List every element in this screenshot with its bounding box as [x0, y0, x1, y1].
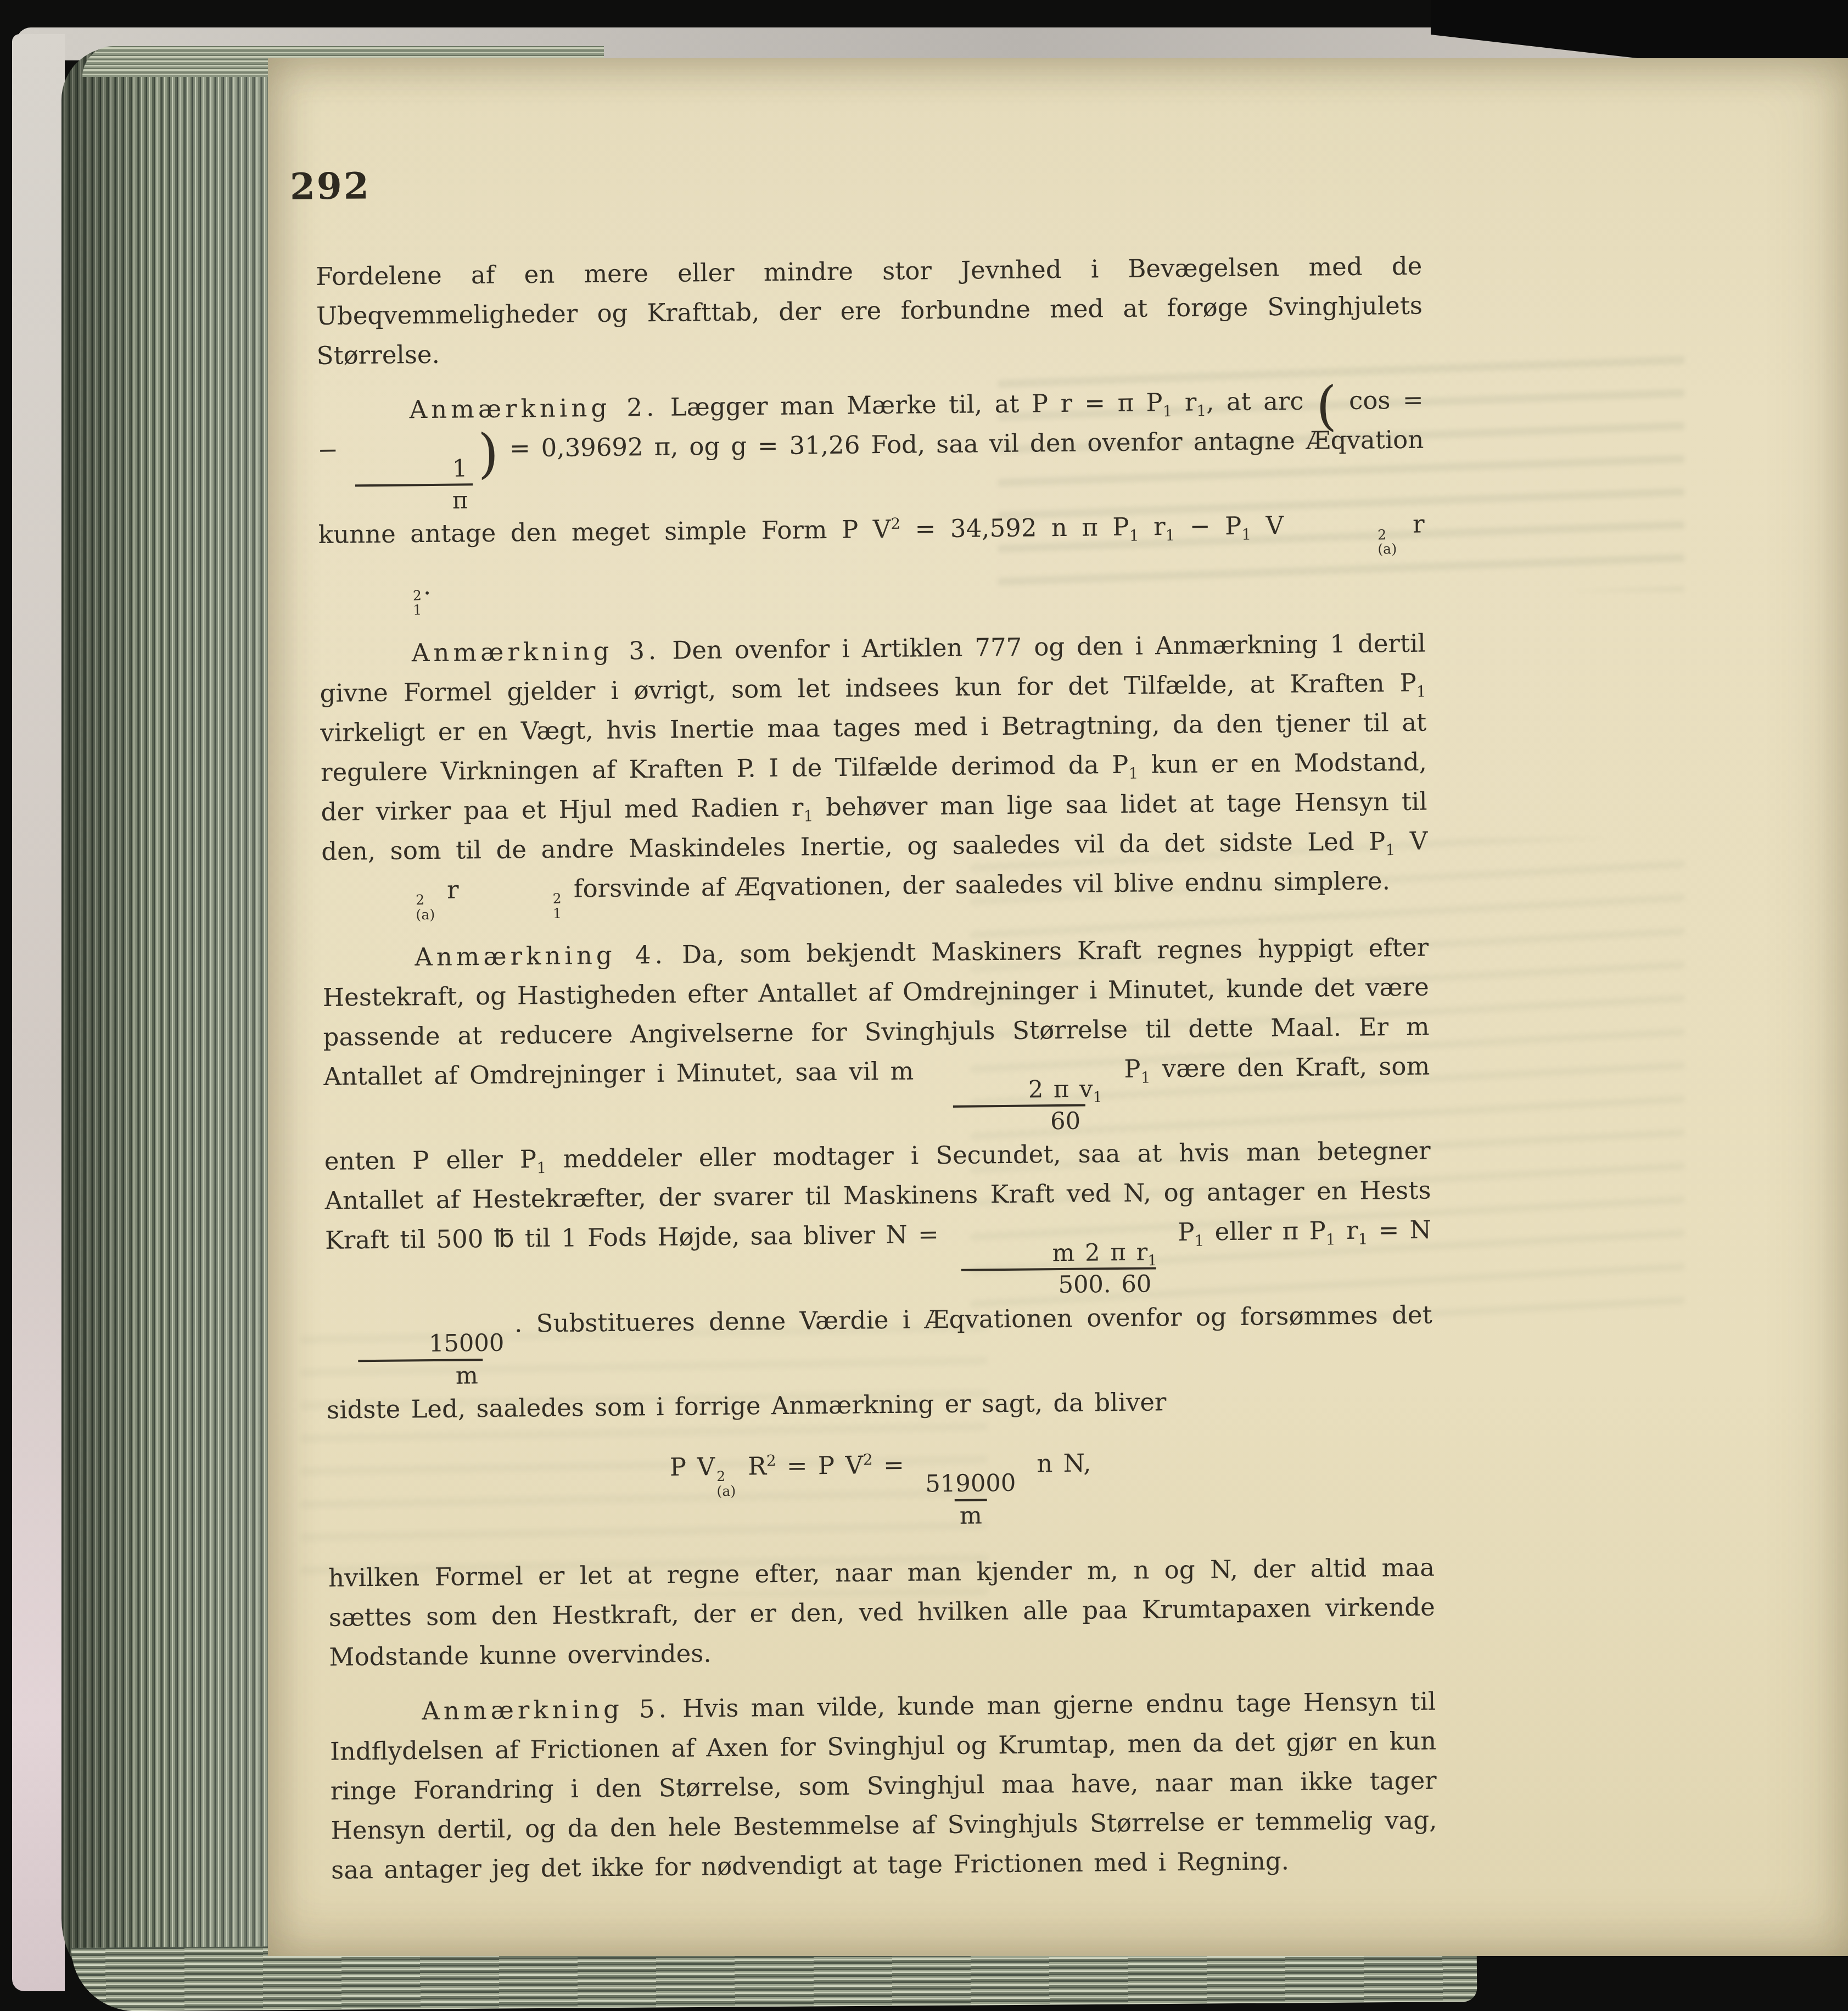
subscript: 1	[1147, 1252, 1157, 1269]
fraction: 15000m	[332, 1330, 509, 1390]
paragraph-intro: Fordelene af en mere eller mindre stor J…	[316, 247, 1423, 376]
fraction: 2 π v160	[931, 1076, 1108, 1136]
section-label: Anmærkning 4.	[415, 940, 667, 971]
paragraph-anm4-continued: hvilken Formel er let at regne efter, na…	[328, 1548, 1436, 1677]
subscript: 1	[1195, 1232, 1205, 1250]
page-stack-left	[61, 47, 271, 2001]
sup-sub-stack: 2(a)	[323, 893, 435, 923]
subscript: 1	[1128, 764, 1138, 782]
fraction: 1π	[355, 455, 473, 515]
subscript: 1	[1385, 841, 1395, 859]
superscript: 2	[766, 1451, 776, 1470]
sup-sub-stack: 2(a)	[1285, 528, 1397, 558]
sup-sub-stack: 21	[461, 892, 562, 922]
subscript: 1	[1129, 527, 1139, 545]
subscript: 1	[536, 1159, 546, 1177]
subscript: 1	[803, 807, 813, 825]
paragraph-anm2: Anmærkning 2. Lægger man Mærke til, at P…	[317, 381, 1425, 619]
subscript: 1	[1416, 682, 1426, 700]
subscript: 1	[1326, 1231, 1336, 1249]
book-cover-edge	[12, 34, 65, 1991]
section-label: Anmærkning 3.	[412, 636, 660, 667]
section-label: Anmærkning 2.	[409, 393, 658, 424]
page-text: Fordelene af en mere eller mindre stor J…	[316, 247, 1438, 1906]
paragraph-anm4: Anmærkning 4. Da, som bekjendt Maskiners…	[322, 928, 1433, 1430]
fraction: m 2 π r1500. 60	[955, 1239, 1162, 1299]
paragraph-anm5: Anmærkning 5. Hvis man vilde, kunde man …	[329, 1682, 1437, 1890]
subscript: 1	[1358, 1230, 1368, 1248]
subscript: 1	[1241, 526, 1251, 544]
subscript: 1	[1166, 526, 1175, 544]
paragraph-equation: P V2(a) R2 = P V2 = 519000m n N,	[327, 1440, 1434, 1535]
superscript: 2	[891, 515, 900, 533]
subscript: 1	[1163, 402, 1173, 420]
section-label: Anmærkning 5.	[422, 1694, 670, 1725]
page-number: 292	[290, 164, 371, 208]
subscript: 1	[1093, 1089, 1102, 1106]
sup-sub-stack: 21	[321, 589, 422, 619]
sup-sub-stack: 2(a)	[716, 1470, 736, 1499]
fraction: 519000m	[920, 1470, 1021, 1530]
subscript: 1	[1196, 401, 1206, 420]
subscript: 1	[1141, 1068, 1151, 1086]
paragraph-anm3: Anmærkning 3. Den ovenfor i Artiklen 777…	[320, 623, 1429, 923]
superscript: 2	[863, 1450, 873, 1468]
big-parenthesis: (	[1316, 375, 1337, 437]
big-parenthesis: )	[478, 422, 499, 484]
book-scan: { "page": { "number": "292" }, "colors":…	[0, 0, 1848, 2011]
